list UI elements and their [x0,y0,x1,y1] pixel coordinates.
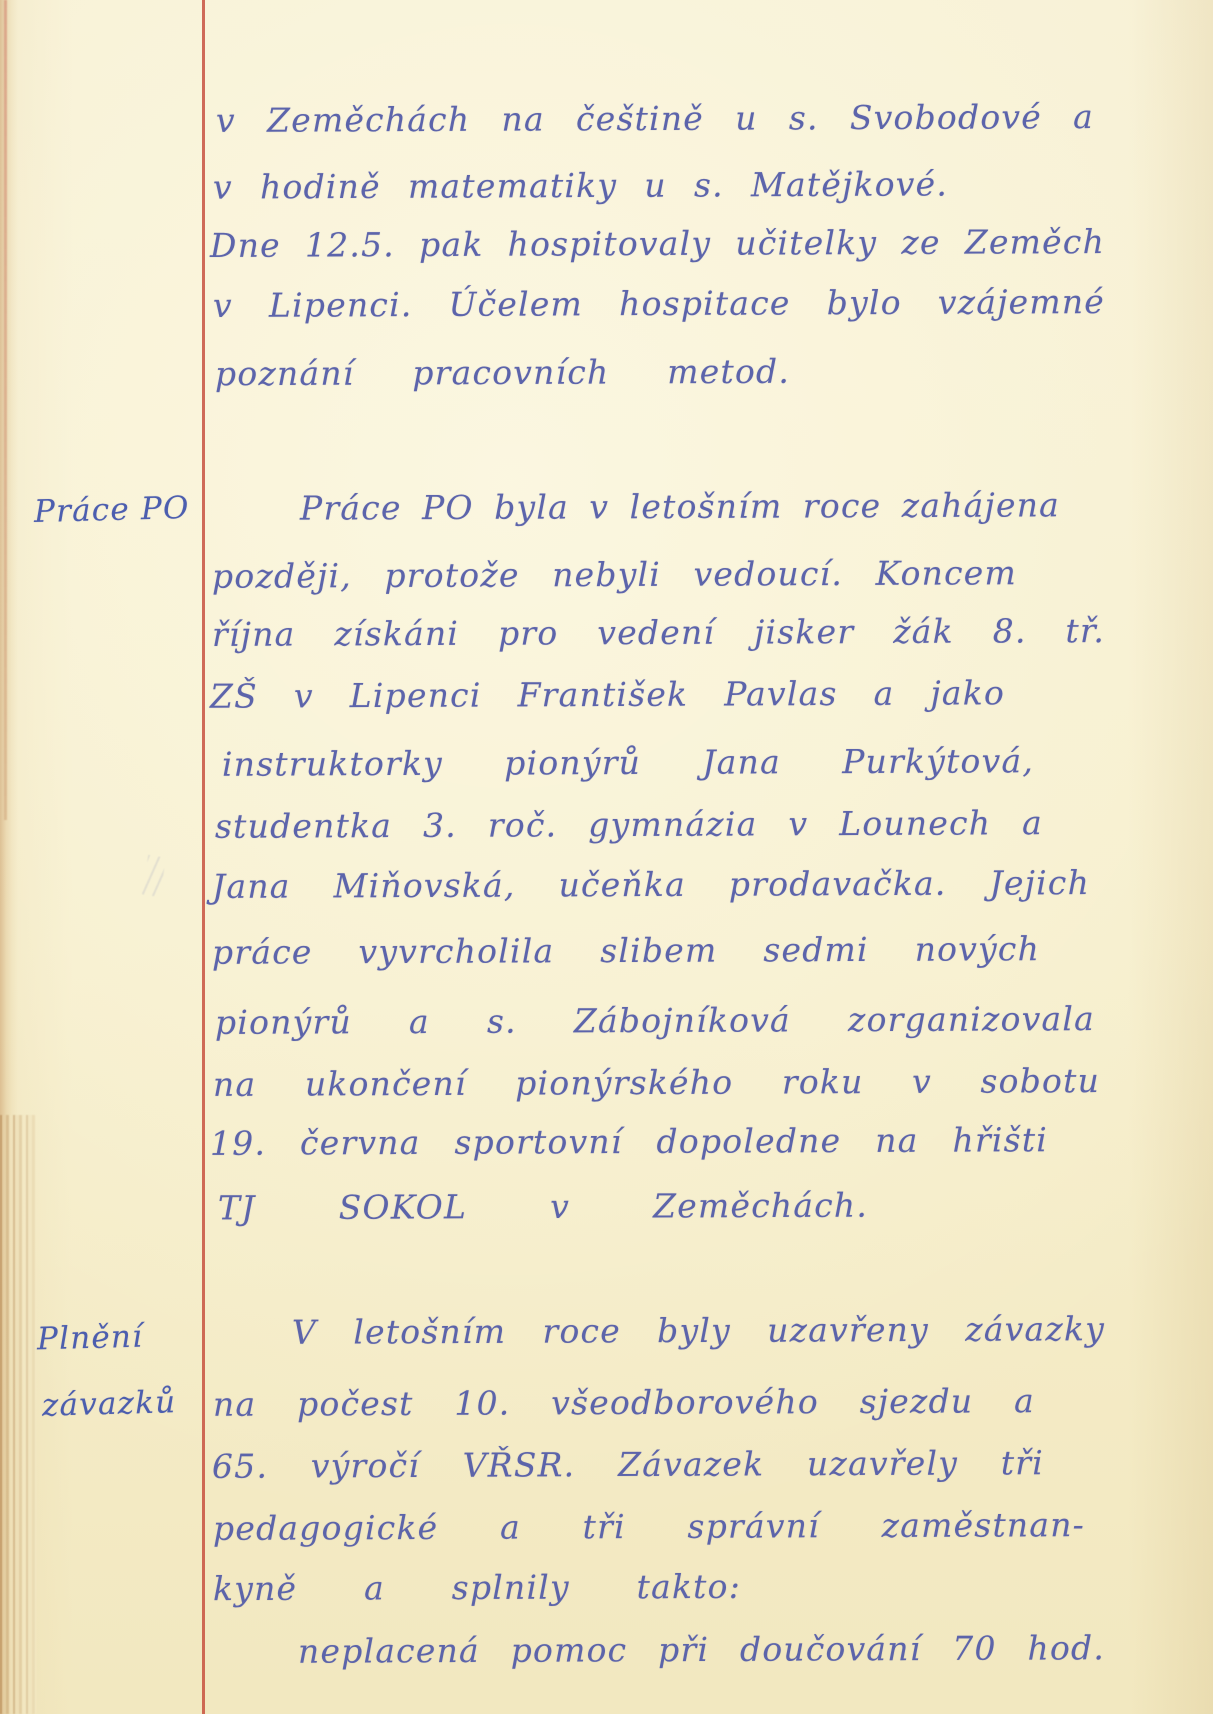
book-edge-line [4,0,7,820]
margin-note-zavazku: závazků [42,1384,177,1424]
chronicle-page: Práce PO Plnění závazků v Zeměchách na č… [0,0,1213,1714]
text-line: kyně a splnily takto: [213,1564,741,1612]
text-line: v Lipenci. Účelem hospitace bylo vzájemn… [213,279,1105,329]
text-line: ZŠ v Lipenci František Pavlas a jako [210,670,1005,719]
text-line: v Zeměchách na češtině u s. Svobodové a [216,94,1094,144]
text-line: na ukončení pionýrského roku v sobotu [213,1058,1100,1108]
text-line: pedagogické a tři správní zaměstnan- [213,1502,1085,1552]
text-line: studentka 3. roč. gymnázia v Lounech a [215,800,1043,850]
text-line: v hodině matematiky u s. Matějkové. [213,161,948,210]
text-line: 65. výročí VŘSR. Závazek uzavřely tři [212,1440,1044,1490]
text-line: Jana Miňovská, učeňka prodavačka. Jejich [212,860,1090,910]
margin-note-prace-po: Práce PO [34,490,190,530]
margin-note-plneni: Plnění [37,1319,144,1358]
text-line: TJ SOKOL v Zeměchách. [218,1183,868,1232]
text-line: Dne 12.5. pak hospitovaly učitelky ze Ze… [210,219,1105,269]
text-line: práce vyvrcholila slibem sedmi nových [212,926,1040,976]
red-margin-line [202,0,205,1714]
text-line: neplacená pomoc při doučování 70 hod. [298,1625,1105,1675]
text-line: poznání pracovních metod. [215,349,790,398]
text-line: instruktorky pionýrů Jana Purkýtová, [222,738,1034,788]
text-line: později, protože nebyli vedoucí. Koncem [212,550,1017,600]
text-line: V letošním roce byly uzavřeny závazky [292,1306,1105,1356]
text-line: na počest 10. všeodborového sjezdu a [213,1378,1035,1428]
ink-smudge [142,855,166,897]
text-line: 19. června sportovní dopoledne na hřišti [210,1117,1048,1167]
book-edge-stripes [0,1115,36,1714]
text-line: Práce PO byla v letošním roce zahájena [300,482,1060,531]
text-line: pionýrů a s. Zábojníková zorganizovala [215,996,1095,1046]
text-line: října získáni pro vedení jisker žák 8. t… [212,608,1105,658]
